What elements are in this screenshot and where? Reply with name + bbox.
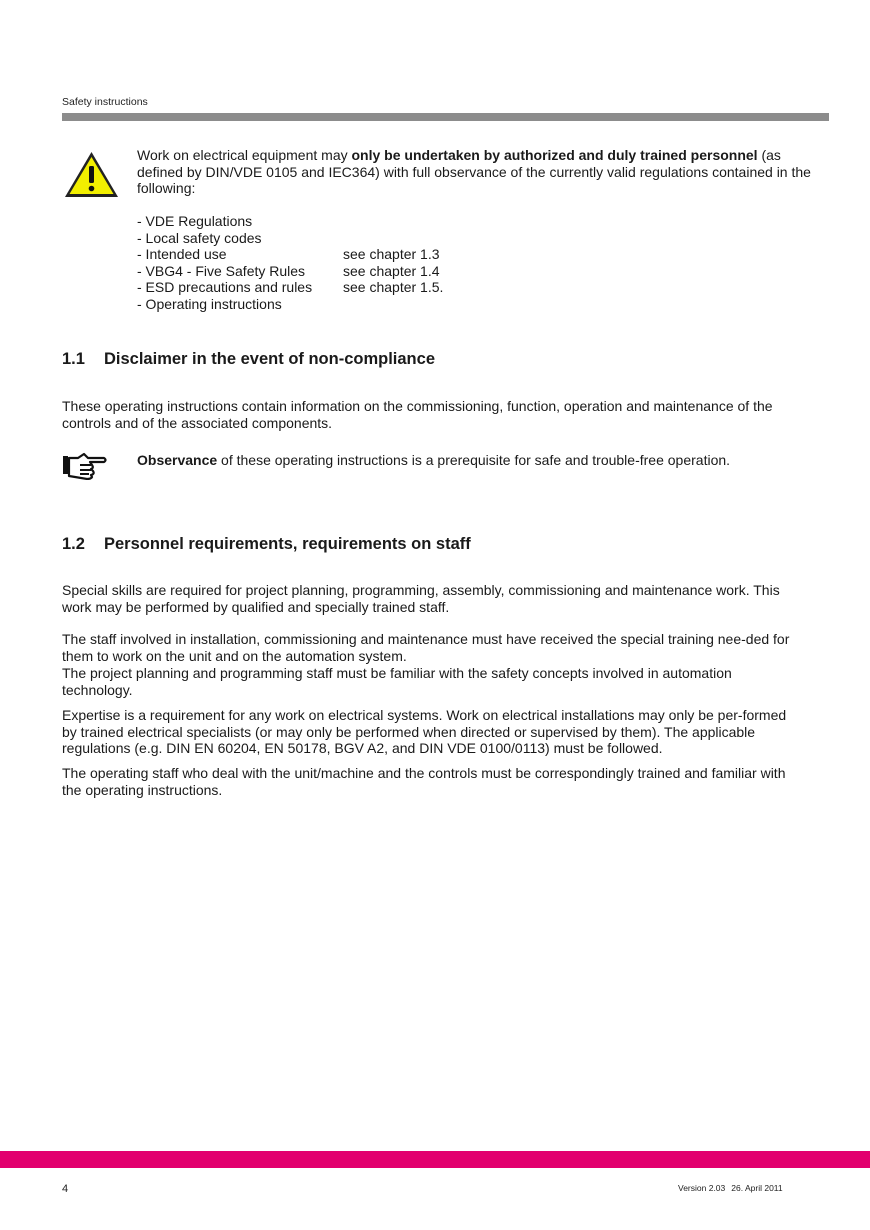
list-item-label: - VBG4 - Five Safety Rules	[137, 263, 343, 280]
section-1-2-paragraph: The project planning and programming sta…	[62, 665, 792, 698]
section-1-2-paragraph: Special skills are required for project …	[62, 582, 792, 615]
version-info: Version 2.0326. April 2011	[678, 1183, 783, 1193]
note-bold: Observance	[137, 452, 217, 468]
section-heading-1-1: 1.1Disclaimer in the event of non-compli…	[62, 350, 435, 369]
warning-text-bold: only be undertaken by authorized and dul…	[352, 147, 758, 163]
list-item-ref: see chapter 1.4	[343, 263, 440, 280]
list-item: - VBG4 - Five Safety Rulessee chapter 1.…	[137, 263, 443, 280]
list-item-label: - VDE Regulations	[137, 213, 343, 230]
list-item: - Operating instructions	[137, 296, 443, 313]
warning-text-prefix: Work on electrical equipment may	[137, 147, 352, 163]
regulations-list: - VDE Regulations - Local safety codes -…	[137, 213, 443, 313]
section-title: Disclaimer in the event of non-complianc…	[104, 350, 435, 368]
list-item: - ESD precautions and rulessee chapter 1…	[137, 279, 443, 296]
header-divider-bar	[62, 113, 829, 121]
version-label: Version 2.03	[678, 1183, 725, 1193]
observance-note: Observance of these operating instructio…	[137, 452, 730, 469]
section-title: Personnel requirements, requirements on …	[104, 535, 471, 553]
section-1-2-paragraph: Expertise is a requirement for any work …	[62, 707, 792, 757]
section-number: 1.2	[62, 535, 104, 554]
section-1-1-paragraph: These operating instructions contain inf…	[62, 398, 792, 431]
list-item-label: - Intended use	[137, 246, 343, 263]
page-header-label: Safety instructions	[62, 96, 148, 108]
section-heading-1-2: 1.2Personnel requirements, requirements …	[62, 535, 471, 554]
note-text: of these operating instructions is a pre…	[217, 452, 730, 468]
pointing-hand-icon	[62, 452, 108, 480]
version-date: 26. April 2011	[731, 1183, 782, 1193]
list-item: - Local safety codes	[137, 230, 443, 247]
footer-accent-bar	[0, 1151, 870, 1168]
list-item: - VDE Regulations	[137, 213, 443, 230]
section-1-2-paragraph: The operating staff who deal with the un…	[62, 765, 792, 798]
list-item-label: - ESD precautions and rules	[137, 279, 343, 296]
list-item-ref: see chapter 1.5.	[343, 279, 443, 296]
list-item-ref: see chapter 1.3	[343, 246, 440, 263]
page-number: 4	[62, 1183, 68, 1195]
list-item: - Intended usesee chapter 1.3	[137, 246, 443, 263]
section-number: 1.1	[62, 350, 104, 369]
warning-triangle-icon	[63, 150, 120, 200]
list-item-label: - Local safety codes	[137, 230, 343, 247]
section-1-2-paragraph: The staff involved in installation, comm…	[62, 631, 792, 664]
warning-text: Work on electrical equipment may only be…	[137, 147, 817, 197]
list-item-label: - Operating instructions	[137, 296, 343, 313]
